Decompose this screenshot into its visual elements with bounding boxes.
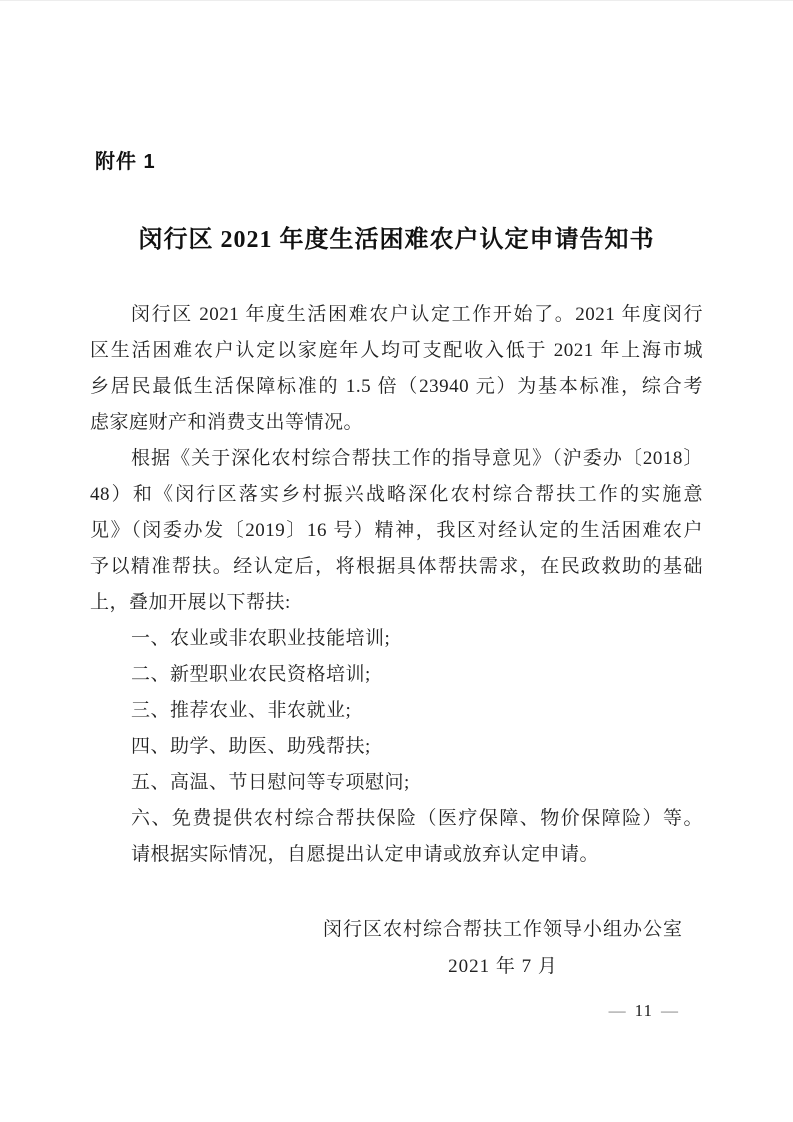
page-number: —11— [601,1001,687,1021]
document-body: 闵行区 2021 年度生活困难农户认定工作开始了。2021 年度闵行 区生活困难… [90,297,703,873]
paragraph-line: 根据《关于深化农村综合帮扶工作的指导意见》（沪委办〔2018〕 [90,441,703,477]
paragraph-line: 区生活困难农户认定以家庭年人均可支配收入低于 2021 年上海市城 [90,333,703,369]
list-item: 三、推荐农业、非农就业; [90,693,703,729]
document-page: 附件 1 闵行区 2021 年度生活困难农户认定申请告知书 闵行区 2021 年… [0,0,793,1122]
list-item: 六、免费提供农村综合帮扶保险（医疗保障、物价保障险）等。 [90,801,703,837]
paragraph-line: 上，叠加开展以下帮扶: [90,585,703,621]
paragraph-line: 乡居民最低生活保障标准的 1.5 倍（23940 元）为基本标准，综合考 [90,369,703,405]
document-title: 闵行区 2021 年度生活困难农户认定申请告知书 [0,219,793,254]
paragraph-line: 闵行区 2021 年度生活困难农户认定工作开始了。2021 年度闵行 [90,297,703,333]
signature-block: 闵行区农村综合帮扶工作领导小组办公室 2021 年 7 月 [323,911,683,985]
page-number-dash: — [661,1001,679,1020]
paragraph-line: 予以精准帮扶。经认定后，将根据具体帮扶需求，在民政救助的基础 [90,549,703,585]
page-number-dash: — [609,1001,627,1020]
list-item: 一、农业或非农职业技能培训; [90,621,703,657]
paragraph-line: 虑家庭财产和消费支出等情况。 [90,405,703,441]
attachment-label: 附件 1 [95,145,156,174]
list-item: 四、助学、助医、助残帮扶; [90,729,703,765]
list-item: 五、高温、节日慰问等专项慰问; [90,765,703,801]
paragraph-line: 见》（闵委办发〔2019〕16 号）精神，我区对经认定的生活困难农户 [90,513,703,549]
list-item: 二、新型职业农民资格培训; [90,657,703,693]
signature-date: 2021 年 7 月 [323,948,683,985]
closing-line: 请根据实际情况，自愿提出认定申请或放弃认定申请。 [90,837,703,873]
signature-org: 闵行区农村综合帮扶工作领导小组办公室 [323,911,683,948]
paragraph-line: 48）和《闵行区落实乡村振兴战略深化农村综合帮扶工作的实施意 [90,477,703,513]
page-number-value: 11 [635,1001,653,1020]
